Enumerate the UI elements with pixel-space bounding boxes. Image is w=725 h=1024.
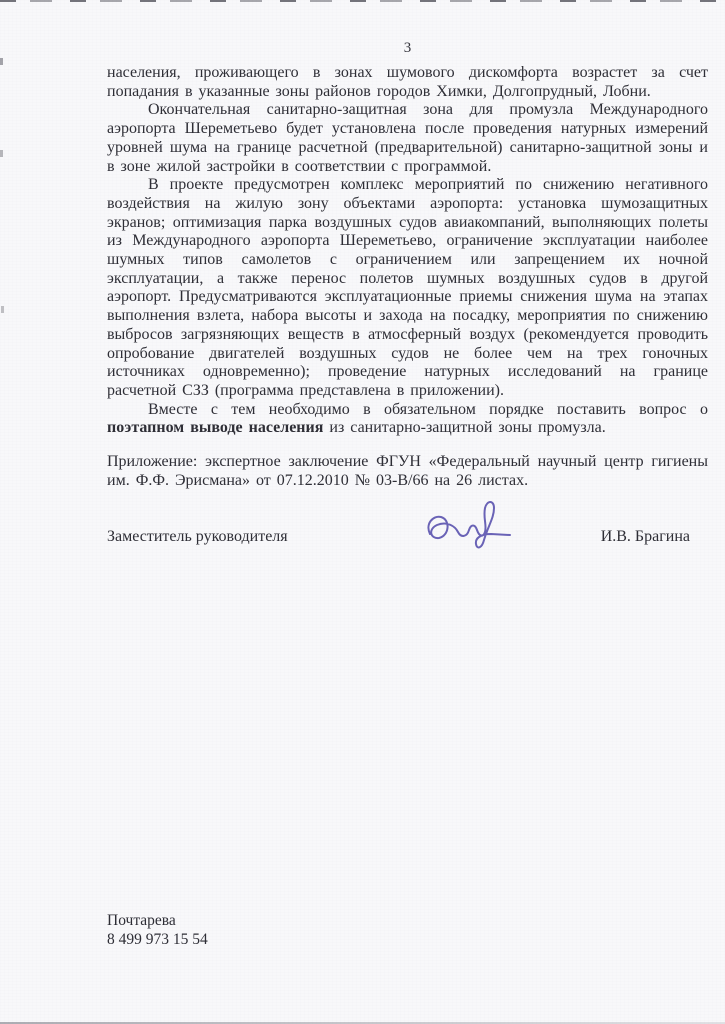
paragraph-resettlement-post: из санитарно-защитной зоны промузла.	[323, 419, 605, 436]
paragraph-resettlement: Вместе с тем необходимо в обязательном п…	[107, 401, 708, 438]
scanned-letter-page: 3 населения, проживающего в зонах шумово…	[0, 0, 725, 1024]
signer-name: И.В. Брагина	[601, 528, 708, 546]
document-body: населения, проживающего в зонах шумового…	[107, 64, 708, 490]
paragraph-resettlement-pre: Вместе с тем необходимо в обязательном п…	[148, 401, 708, 418]
attachment-note: Приложение: экспертное заключение ФГУН «…	[107, 453, 708, 490]
paragraph-resettlement-bold: поэтапном выводе населения	[107, 419, 323, 436]
executor-phone: 8 499 973 15 54	[107, 931, 208, 950]
paragraph-continuation: населения, проживающего в зонах шумового…	[107, 64, 708, 101]
executor-contact-block: Почтарева 8 499 973 15 54	[107, 912, 208, 949]
scan-top-edge-artifact	[0, 0, 725, 2]
paragraph-measures: В проекте предусмотрен комплекс мероприя…	[107, 176, 708, 400]
signature-scribble	[420, 496, 520, 556]
paragraph-final-szz: Окончательная санитарно-защитная зона дл…	[107, 101, 708, 176]
scan-left-edge-specks	[0, 58, 3, 65]
handwritten-signature-icon	[420, 496, 520, 556]
signer-position-title: Заместитель руководителя	[107, 528, 288, 546]
page-number: 3	[107, 40, 708, 57]
executor-name: Почтарева	[107, 912, 208, 931]
signature-line: Заместитель руководителя И.В. Брагина	[107, 528, 708, 546]
